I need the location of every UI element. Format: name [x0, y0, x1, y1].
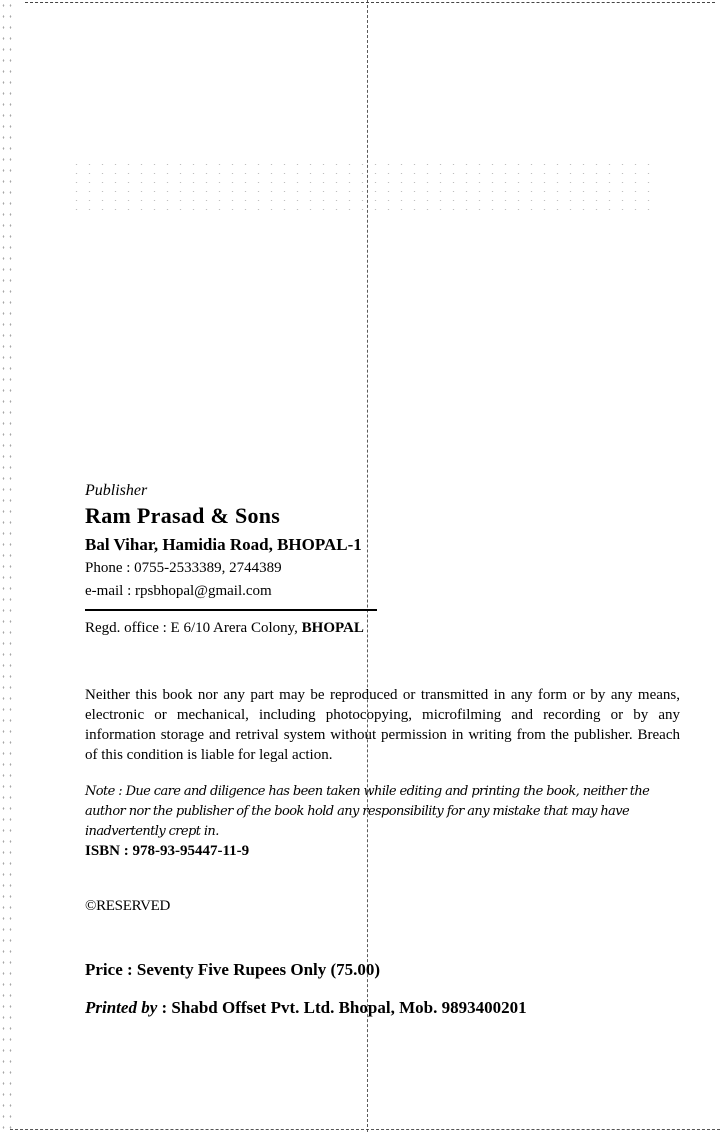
publisher-address: Bal Vihar, Hamidia Road, BHOPAL-1 [85, 535, 362, 555]
disclaimer-note: Note : Due care and diligence has been t… [85, 782, 685, 842]
phone-value: 0755-2533389, 2744389 [134, 560, 282, 576]
scan-noise-left [0, 0, 16, 1132]
divider [85, 609, 377, 611]
printer-info: Printed by : Shabd Offset Pvt. Ltd. Bhop… [85, 998, 527, 1018]
regd-label: Regd. office : [85, 620, 171, 636]
rights-notice: Neither this book nor any part may be re… [85, 685, 680, 765]
isbn: ISBN : 978-93-95447-11-9 [85, 843, 249, 860]
regd-city: BHOPAL [302, 620, 364, 636]
publisher-label: Publisher [85, 482, 147, 500]
phone-label: Phone : [85, 560, 134, 576]
printed-by-label: Printed by [85, 998, 157, 1017]
registered-office: Regd. office : E 6/10 Arera Colony, BHOP… [85, 620, 364, 637]
publisher-name: Ram Prasad & Sons [85, 503, 280, 529]
publisher-email: e-mail : rpsbhopal@gmail.com [85, 583, 272, 600]
copyright-reserved: ©RESERVED [85, 898, 170, 915]
show-through-ghost-text [70, 160, 650, 215]
scan-edge-bottom [10, 1129, 720, 1130]
price: Price : Seventy Five Rupees Only (75.00) [85, 960, 380, 980]
publisher-phone: Phone : 0755-2533389, 2744389 [85, 560, 282, 577]
copyright-page: Publisher Ram Prasad & Sons Bal Vihar, H… [0, 0, 728, 1132]
scan-edge-top [25, 2, 715, 3]
email-label: e-mail : [85, 583, 135, 599]
regd-address: E 6/10 Arera Colony, [171, 620, 302, 636]
email-value: rpsbhopal@gmail.com [135, 583, 272, 599]
printer-text: : Shabd Offset Pvt. Ltd. Bhopal, Mob. 98… [157, 998, 526, 1017]
